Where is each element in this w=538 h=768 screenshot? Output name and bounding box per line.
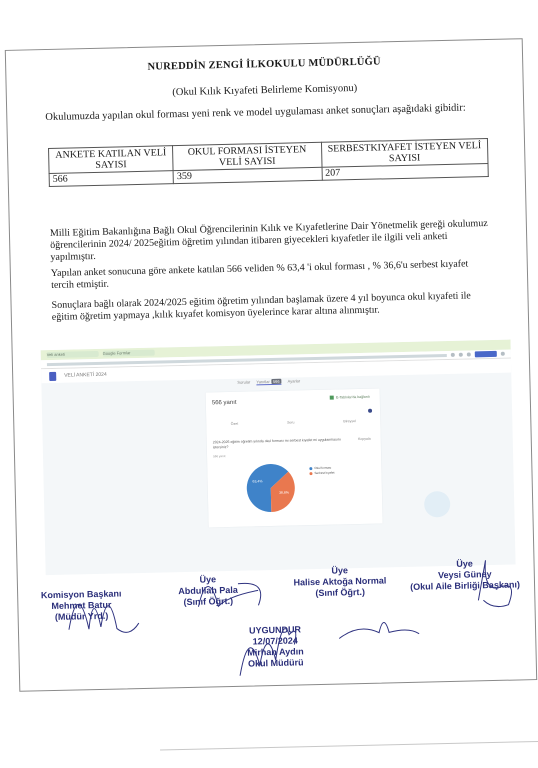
page-edge-line	[160, 740, 538, 750]
signature-block-chair: Komisyon Başkanı Mehmet Batur (Müdür Yrd…	[26, 588, 137, 623]
tab-summary: Özet	[231, 422, 238, 426]
sheets-link: E-Tablolar'da bağlantı	[330, 395, 370, 400]
signature-block-member-3: Üye Veysi Güney (Okul Aile Birliği Başka…	[399, 557, 530, 593]
intro-text: Okulumuzda yapılan okul forması yeni ren…	[45, 103, 466, 124]
tab-questions: Sorular	[237, 379, 250, 385]
document-title: NUREDDİN ZENGİ İLKOKULU MÜDÜRLÜĞÜ	[6, 53, 522, 76]
approval-block: UYGUNDUR 12/07/2024 Mirhan Aydın Okul Mü…	[215, 624, 336, 671]
browser-tab: Google Formlar	[103, 350, 155, 357]
undo-icon	[467, 352, 471, 356]
send-button	[475, 351, 497, 357]
header-uniform: OKUL FORMASI İSTEYEN VELİ SAYISI	[173, 142, 322, 170]
forms-icon	[49, 371, 56, 380]
svg-text:63,4%: 63,4%	[252, 479, 262, 483]
question-text: 2024-2025 eğitim öğretim yılında okul fo…	[213, 437, 343, 450]
paragraph-regulation: Milli Eğitim Bakanlığına Bağlı Okul Öğre…	[50, 218, 491, 264]
responses-badge: 566	[271, 379, 282, 384]
form-title: VELİ ANKETİ 2024	[64, 372, 107, 379]
accepting-responses-toggle	[368, 409, 372, 413]
header-participants: ANKETE KATILAN VELİ SAYISI	[49, 146, 174, 174]
palette-icon	[451, 353, 455, 357]
more-icon	[501, 352, 505, 356]
tab-question: Soru	[287, 420, 294, 424]
responses-card: 566 yanıt E-Tablolar'da bağlantı Özet So…	[206, 389, 383, 528]
cell-participants: 566	[49, 171, 173, 187]
cell-free-clothing: 207	[322, 164, 489, 181]
pie-chart: 63,4%36,6%	[245, 462, 296, 513]
stamp-watermark	[424, 491, 451, 518]
signature-block-member-2: Üye Halise Aktoğa Normal (Sınıf Öğrt.)	[280, 564, 401, 600]
form-nav-tabs: Sorular Yanıtlar 566 Ayarlar	[237, 378, 300, 385]
copy-chart-button: Kopyala	[358, 437, 371, 441]
answer-count: 566 yanıt	[213, 454, 225, 458]
embedded-form-screenshot: Veli anketi Google Formlar VELİ ANKETİ 2…	[41, 340, 516, 576]
signature-block-member-1: Üye Abdullah Pala (Sınıf Öğrt.)	[158, 573, 259, 608]
paragraph-result: Yapılan anket sonucuna göre ankete katıl…	[51, 258, 491, 292]
svg-text:36,6%: 36,6%	[279, 491, 289, 495]
document-page: NUREDDİN ZENGİ İLKOKULU MÜDÜRLÜĞÜ (Okul …	[5, 38, 537, 692]
cell-uniform: 359	[173, 167, 322, 183]
tab-settings: Ayarlar	[288, 378, 301, 384]
tab-individual: Bireysel	[343, 419, 356, 423]
header-free-clothing: SERBESTKIYAFET İSTEYEN VELİ SAYISI	[321, 139, 488, 168]
response-count: 566 yanıt	[212, 400, 237, 407]
legend-item: Serbest kıyafet	[309, 471, 334, 477]
tab-responses: Yanıtlar 566	[256, 379, 281, 386]
summary-tabs: Özet Soru Bireysel	[206, 419, 380, 427]
document-subtitle: (Okul Kılık Kıyafeti Belirleme Komisyonu…	[7, 79, 523, 102]
browser-tab: Veli anketi	[47, 351, 99, 358]
eye-icon	[459, 353, 463, 357]
paragraph-decision: Sonuçlara bağlı olarak 2024/2025 eğitim …	[51, 290, 491, 324]
survey-results-table: ANKETE KATILAN VELİ SAYISI OKUL FORMASI …	[48, 138, 489, 187]
chart-legend: Okul formasıSerbest kıyafet	[309, 466, 334, 477]
